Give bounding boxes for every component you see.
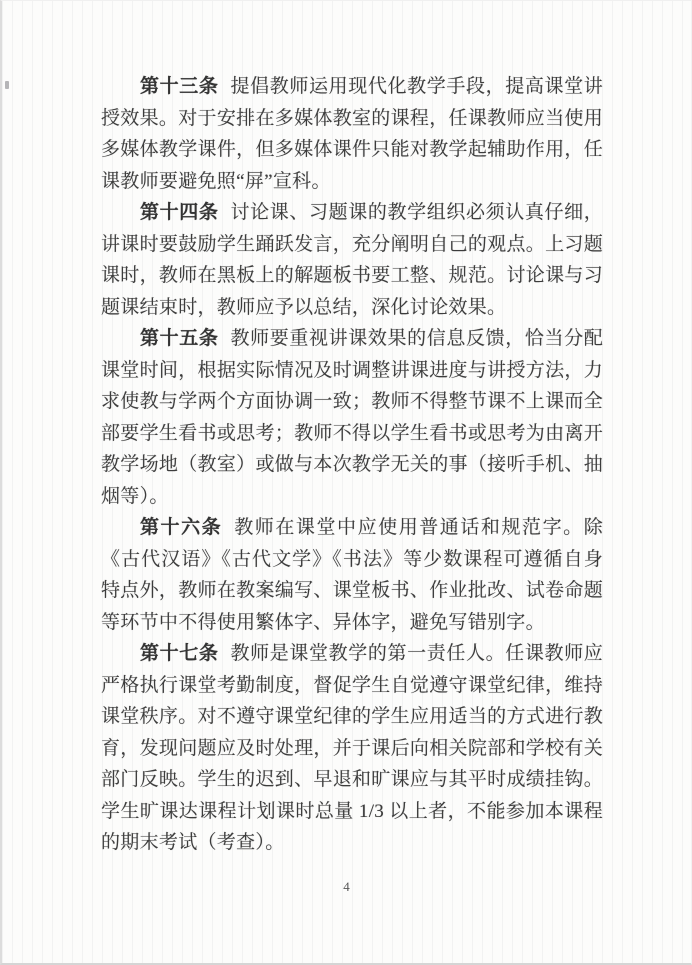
scanned-document-page: 第十三条提倡教师运用现代化教学手段，提高课堂讲授效果。对于安排在多媒体教室的课程… (0, 0, 692, 965)
scan-artifact-mark (5, 81, 9, 89)
article-14-paragraph: 第十四条讨论课、习题课的教学组织必须认真仔细，讲课时要鼓励学生踊跃发言，充分阐明… (101, 197, 603, 323)
article-14-number: 第十四条 (140, 202, 219, 223)
article-17-text: 教师是课堂教学的第一责任人。任课教师应严格执行课堂考勤制度，督促学生自觉遵守课堂… (101, 643, 603, 853)
article-16-paragraph: 第十六条教师在课堂中应使用普通话和规范字。除《古代汉语》《古代文学》《书法》等少… (101, 512, 603, 638)
article-15-paragraph: 第十五条教师要重视讲课效果的信息反馈，恰当分配课堂时间，根据实际情况及时调整讲课… (101, 323, 603, 512)
article-16-number: 第十六条 (140, 517, 222, 538)
document-body: 第十三条提倡教师运用现代化教学手段，提高课堂讲授效果。对于安排在多媒体教室的课程… (101, 71, 603, 859)
article-15-number: 第十五条 (140, 328, 219, 349)
article-17-number: 第十七条 (140, 643, 219, 664)
article-17-paragraph: 第十七条教师是课堂教学的第一责任人。任课教师应严格执行课堂考勤制度，督促学生自觉… (101, 638, 603, 859)
article-13-paragraph: 第十三条提倡教师运用现代化教学手段，提高课堂讲授效果。对于安排在多媒体教室的课程… (101, 71, 603, 197)
article-15-text: 教师要重视讲课效果的信息反馈，恰当分配课堂时间，根据实际情况及时调整讲课进度与讲… (101, 328, 603, 507)
article-13-number: 第十三条 (140, 76, 219, 97)
page-number: 4 (2, 879, 691, 895)
